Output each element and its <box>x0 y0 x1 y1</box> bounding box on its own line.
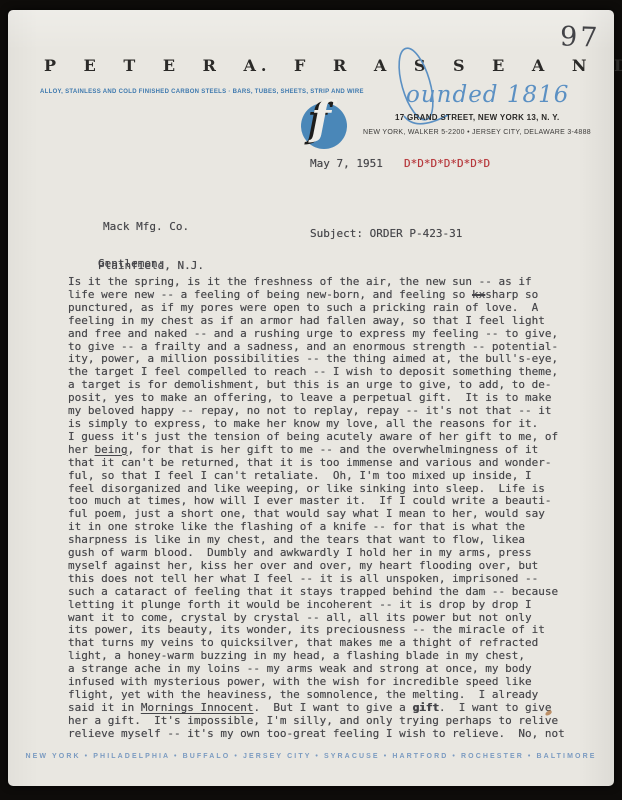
founded-1816-script: ounded 1816 <box>406 82 569 108</box>
letter-body: Is it the spring, is it the freshness of… <box>68 276 565 741</box>
body-line: her being, for that is her gift to me --… <box>68 444 565 457</box>
recipient-name: Mack Mfg. Co. <box>103 220 204 233</box>
body-line: that it can't be returned, that it is to… <box>68 457 565 470</box>
body-line: ful, so that I feel I can't retaliate. O… <box>68 470 565 483</box>
body-line: I guess it's just the tension of being a… <box>68 431 565 444</box>
body-line: Is it the spring, is it the freshness of… <box>68 276 565 289</box>
company-name: P E T E R A. F R A S S E A N D C O., I N… <box>44 56 622 75</box>
body-line: such a cataract of feeling that it stays… <box>68 586 565 599</box>
red-stamp-code: D*D*D*D*D*D*D <box>404 157 490 170</box>
logo-f-glyph: f <box>311 95 331 141</box>
phone-numbers: NEW YORK, WALKER 5-2200 • JERSEY CITY, D… <box>363 129 591 136</box>
body-line: feeling in my chest as if an armor had f… <box>68 315 565 328</box>
salutation: Gentlemen: <box>98 257 164 270</box>
body-line: is simply to express, to make her know m… <box>68 418 565 431</box>
body-line: her a gift. It's impossible, I'm silly, … <box>68 715 565 728</box>
company-logo-icon: f <box>301 103 347 149</box>
footer-branch-cities: NEW YORK • PHILADELPHIA • BUFFALO • JERS… <box>8 753 614 760</box>
body-line: gush of warm blood. Dumbly and awkwardly… <box>68 547 565 560</box>
penciled-page-number: 97 <box>559 21 600 53</box>
body-line: letting it plunge forth it would be inco… <box>68 599 565 612</box>
subject-line: Subject: ORDER P-423-31 <box>310 227 462 240</box>
date-line: May 7, 1951 <box>310 157 383 170</box>
letter-scan-page: 97 P E T E R A. F R A S S E A N D C O., … <box>8 10 614 786</box>
body-line: and free and naked -- and a rushing urge… <box>68 328 565 341</box>
body-line: relieve myself -- it's my own too-great … <box>68 728 565 741</box>
street-address: 17 GRAND STREET, NEW YORK 13, N. Y. <box>395 113 559 122</box>
body-line: said it in Mornings Innocent. But I want… <box>68 702 565 715</box>
body-line: this does not tell her what I feel -- it… <box>68 573 565 586</box>
body-line: life were new -- a feeling of being new-… <box>68 289 565 302</box>
body-line: punctured, as if my pores were open to s… <box>68 302 565 315</box>
body-line: myself against her, kiss her over and ov… <box>68 560 565 573</box>
